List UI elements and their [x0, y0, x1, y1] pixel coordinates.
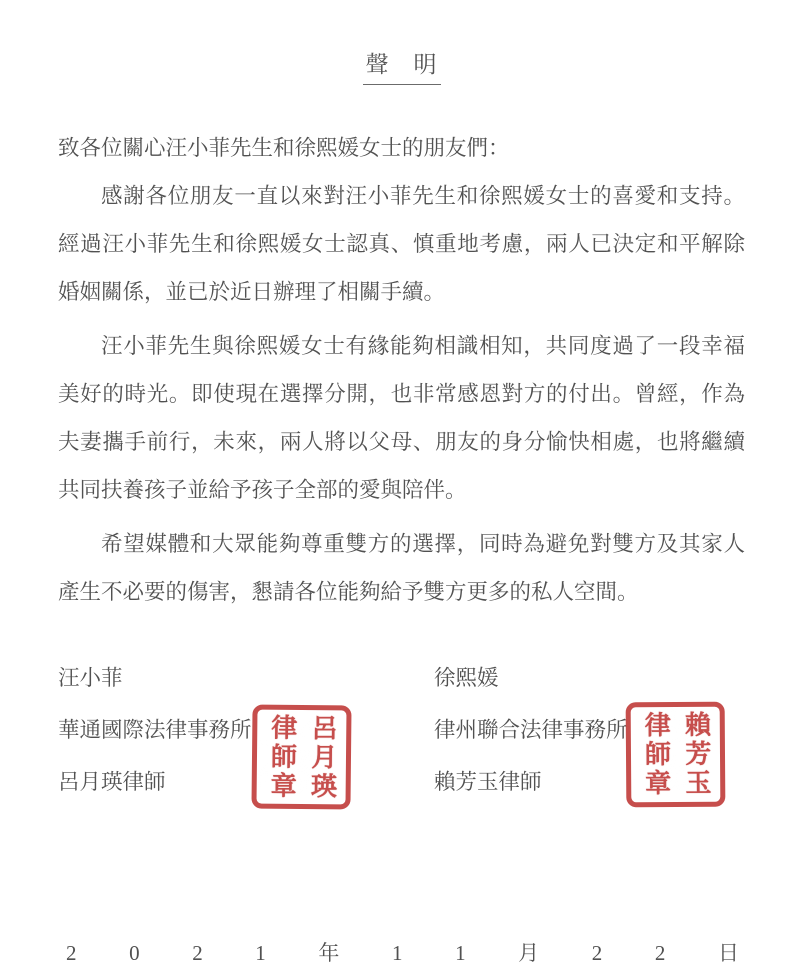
date-token: 2	[66, 938, 77, 968]
seal-title-column: 律師章	[635, 711, 676, 798]
date-line: 2 0 2 1 年 1 1 月 2 2 日	[58, 938, 745, 968]
statement-document-page: 聲 明 致各位關心汪小菲先生和徐熙媛女士的朋友們： 感謝各位朋友一直以來對汪小菲…	[0, 0, 800, 976]
date-token: 1	[392, 938, 403, 968]
party-name: 汪小菲	[58, 652, 434, 704]
date-token: 0	[129, 938, 140, 968]
salutation-line: 致各位關心汪小菲先生和徐熙媛女士的朋友們：	[58, 124, 745, 172]
paragraph-privacy-request: 希望媒體和大眾能夠尊重雙方的選擇，同時為避免對雙方及其家人產生不必要的傷害，懇請…	[58, 520, 745, 616]
seal-title-column: 律師章	[261, 713, 302, 800]
signature-block-wang: 汪小菲 華通國際法律事務所 呂月瑛律師	[58, 652, 434, 808]
law-firm-name: 華通國際法律事務所	[58, 704, 434, 756]
date-token: 月	[518, 938, 539, 968]
seal-text: 賴芳玉 律師章	[635, 711, 716, 799]
paragraph-relationship-children: 汪小菲先生與徐熙媛女士有緣能夠相識相知，共同度過了一段幸福美好的時光。即使現在選…	[58, 322, 745, 514]
document-content: 聲 明 致各位關心汪小菲先生和徐熙媛女士的朋友們： 感謝各位朋友一直以來對汪小菲…	[0, 46, 800, 968]
lawyer-name: 呂月瑛律師	[58, 756, 434, 808]
lawyer-name: 賴芳玉律師	[434, 756, 628, 808]
seal-name-column: 呂月瑛	[301, 714, 342, 801]
lawyer-seal-stamp-lai: 賴芳玉 律師章	[626, 702, 726, 808]
lawyer-seal-stamp-lv: 呂月瑛 律師章	[251, 704, 351, 809]
date-token: 2	[192, 938, 203, 968]
seal-text: 呂月瑛 律師章	[261, 713, 343, 801]
date-token: 年	[318, 938, 339, 968]
date-token: 2	[655, 938, 666, 968]
date-token: 1	[455, 938, 466, 968]
paragraph-gratitude-divorce: 感謝各位朋友一直以來對汪小菲先生和徐熙媛女士的喜愛和支持。經過汪小菲先生和徐熙媛…	[58, 172, 745, 316]
date-token: 2	[592, 938, 603, 968]
document-title: 聲 明	[58, 46, 745, 85]
date-token: 日	[718, 938, 739, 968]
party-name: 徐熙媛	[434, 652, 628, 704]
document-title-text: 聲 明	[363, 46, 441, 85]
signature-block-hsu: 徐熙媛 律州聯合法律事務所 賴芳玉律師	[434, 652, 628, 808]
seal-name-column: 賴芳玉	[675, 711, 716, 798]
date-token: 1	[255, 938, 266, 968]
law-firm-name: 律州聯合法律事務所	[434, 704, 628, 756]
